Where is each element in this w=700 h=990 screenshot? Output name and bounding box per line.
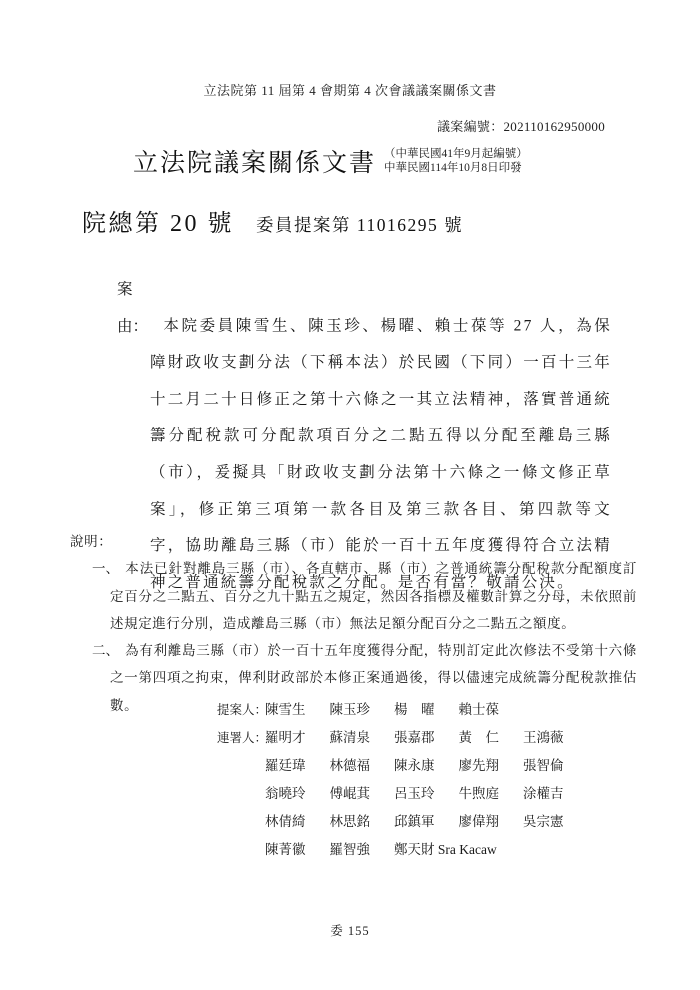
signature-row: 提案人： 陳雪生 陳玉珍 楊 曜 賴士葆 [217,698,588,726]
list-marker: 一、 [92,555,125,582]
signature-label: 提案人： [217,700,265,718]
explanation-heading: 說明： [0,528,648,555]
document-header: 立法院第 11 屆第 4 會期第 4 次會議議案關係文書 [0,80,700,99]
signature-label: 連署人： [217,728,265,746]
title-note-line2: 中華民國114年10月8日印發 [384,161,528,176]
signer-name: 張嘉郡 [394,726,459,746]
signer-name: 涂權吉 [523,782,588,802]
page-number: 委 155 [0,921,700,939]
signer-name: 吳宗憲 [523,810,588,830]
doc-number: 院總第 20 號 [82,203,234,238]
signer-name: 傅崐萁 [330,782,395,802]
signature-row: 翁曉玲 傅崐萁 呂玉玲 牛煦庭 涂權吉 [217,782,588,810]
signer-name: 呂玉玲 [394,782,459,802]
signer-name: 蘇清泉 [330,726,395,746]
signature-row: 連署人： 羅明才 蘇清泉 張嘉郡 黃 仁 王鴻薇 [217,726,588,754]
signer-name: 陳永康 [394,754,459,774]
signer-name: 黃 仁 [459,726,524,746]
signature-row: 陳菁徽 羅智強 鄭天財 Sra Kacaw [217,838,588,866]
signer-name: 廖偉翔 [459,810,524,830]
signer-name: 廖先翔 [459,754,524,774]
signer-name: 張智倫 [523,754,588,774]
signer-name: 邱鎮軍 [394,810,459,830]
signer-name: 林德福 [330,754,395,774]
signer-name: 陳玉珍 [330,698,395,718]
title-note: （中華民國41年9月起編號） 中華民國114年10月8日印發 [384,147,528,176]
signer-name: 羅明才 [265,726,330,746]
signer-name: 翁曉玲 [265,782,330,802]
signer-name: 王鴻薇 [523,726,588,746]
signer-name: 陳菁徽 [265,838,330,858]
signer-name: 賴士葆 [459,698,524,718]
explanation-item-text: 本法已針對離島三縣（市）、各直轄市、縣（市）之普通統籌分配稅款分配額度訂定百分之… [110,561,637,631]
explanation-section: 說明： 一、本法已針對離島三縣（市）、各直轄市、縣（市）之普通統籌分配稅款分配額… [0,528,648,719]
signature-row: 林倩綺 林思銘 邱鎮軍 廖偉翔 吳宗憲 [217,810,588,838]
signature-block: 提案人： 陳雪生 陳玉珍 楊 曜 賴士葆 連署人： 羅明才 蘇清泉 張嘉郡 黃 … [217,698,588,866]
signature-row: 羅廷瑋 林德福 陳永康 廖先翔 張智倫 [217,754,588,782]
list-marker: 二、 [92,637,125,664]
page-title: 立法院議案關係文書 [133,143,376,179]
subject-label: 案由： [117,272,163,345]
doc-number-row: 院總第 20 號 委員提案第 11016295 號 [82,203,463,238]
signer-name: 林倩綺 [265,810,330,830]
signer-name: 林思銘 [330,810,395,830]
signer-name: 羅廷瑋 [265,754,330,774]
title-note-line1: （中華民國41年9月起編號） [384,147,528,162]
bill-number: 議案編號：202110162950000 [437,116,605,135]
document-page: 立法院第 11 屆第 4 會期第 4 次會議議案關係文書 議案編號：202110… [0,0,700,990]
signer-name: 陳雪生 [265,698,330,718]
signer-name: 牛煦庭 [459,782,524,802]
signer-name: 羅智強 [330,838,395,858]
title-row: 立法院議案關係文書 （中華民國41年9月起編號） 中華民國114年10月8日印發 [133,143,528,179]
signer-name: 鄭天財 Sra Kacaw [394,838,459,858]
proposal-number: 委員提案第 11016295 號 [256,212,463,237]
explanation-item: 一、本法已針對離島三縣（市）、各直轄市、縣（市）之普通統籌分配稅款分配額度訂定百… [0,555,637,637]
signer-name: 楊 曜 [394,698,459,718]
